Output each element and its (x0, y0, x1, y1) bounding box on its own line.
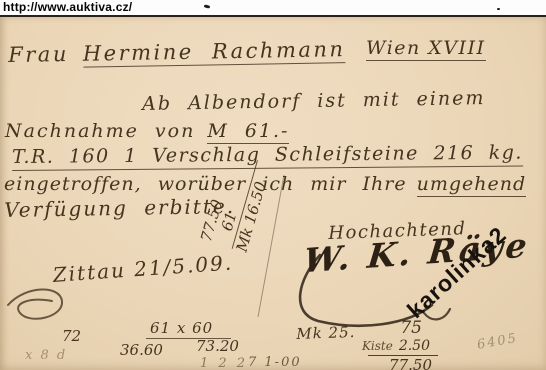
calc-mult-result-a: 36.60 (120, 341, 163, 359)
pencil-number: 6405 (476, 331, 519, 353)
body-line-4-prefix: eingetroffen, worüber ich mir Ihre (4, 173, 407, 195)
calc-multiplication: 61 x 60 (146, 319, 231, 339)
sum-first-value: 75 (368, 318, 438, 338)
sum-label: Kiste (362, 339, 393, 353)
recipient-line: FrauHermine Rachmann (8, 37, 346, 67)
amount-text: M 61.- (207, 120, 289, 144)
source-url-text: http://www.auktiva.cz/ (3, 0, 132, 15)
salutation-text: Frau (8, 42, 69, 67)
calc-left-pencil: x 8 d (25, 348, 67, 363)
calc-pencil-row-b: 7 1-00 (248, 355, 302, 370)
body-line-2-prefix: Nachnahme von (5, 120, 195, 142)
calc-left-number: 72 (62, 327, 81, 345)
emphasized-word: umgehend (417, 173, 527, 197)
sum-second-row: Kiste 2.50 (368, 338, 438, 356)
sum-second-value: 2.50 (399, 338, 430, 354)
source-url-bar: http://www.auktiva.cz/ (0, 0, 546, 15)
sum-column: 75 Kiste 2.50 77.50 (368, 318, 438, 370)
scanned-postcard-page: http://www.auktiva.cz/ FrauHermine Rachm… (0, 0, 546, 370)
calc-mult-result-b: 73.20 (196, 337, 239, 355)
calc-pencil-row-a: 1 2 2 (200, 356, 248, 370)
ink-speck (497, 8, 500, 10)
dateline-text: Zittau 21/5.09. (52, 250, 234, 287)
ink-speck (204, 4, 211, 8)
city-text: Wien XVIII (366, 37, 486, 61)
postcard-scan: FrauHermine Rachmann Wien XVIII Ab Alben… (0, 15, 546, 370)
bottom-left-loop (8, 289, 62, 318)
recipient-name: Hermine Rachmann (83, 37, 346, 68)
body-line-5: Verfügung erbitte. (4, 194, 235, 222)
sum-total-value: 77.50 (368, 356, 438, 370)
body-line-1: Ab Albendorf ist mit einem (142, 87, 486, 115)
calc-mk-note: Mk 25. (296, 323, 356, 343)
body-line-2: Nachnahme vonM 61.- (5, 120, 289, 142)
